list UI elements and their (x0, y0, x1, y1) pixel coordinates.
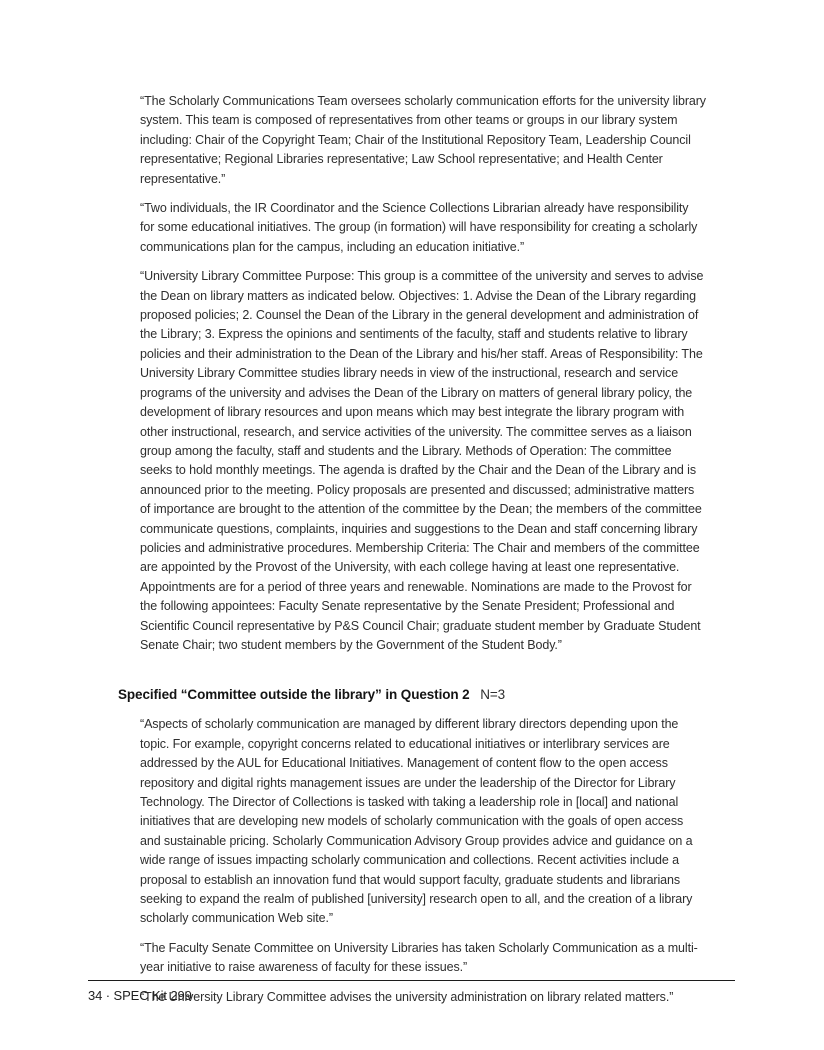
section-heading-label: Specified “Committee outside the library… (118, 687, 470, 702)
document-page: “The Scholarly Communications Team overs… (0, 0, 824, 1050)
page-number: 34 · SPEC Kit 299 (88, 988, 735, 1003)
section-heading: Specified “Committee outside the library… (118, 685, 824, 704)
footer-rule (88, 980, 735, 981)
quote-paragraph: “The Faculty Senate Committee on Univers… (140, 939, 706, 978)
section-heading-count: N=3 (480, 687, 505, 702)
quote-paragraph: “The Scholarly Communications Team overs… (140, 92, 706, 189)
quote-paragraph: “Two individuals, the IR Coordinator and… (140, 199, 706, 257)
quote-paragraph: “University Library Committee Purpose: T… (140, 267, 706, 655)
page-content: “The Scholarly Communications Team overs… (0, 92, 824, 1017)
quote-paragraph: “Aspects of scholarly communication are … (140, 715, 706, 928)
page-footer: 34 · SPEC Kit 299 (88, 980, 735, 1003)
